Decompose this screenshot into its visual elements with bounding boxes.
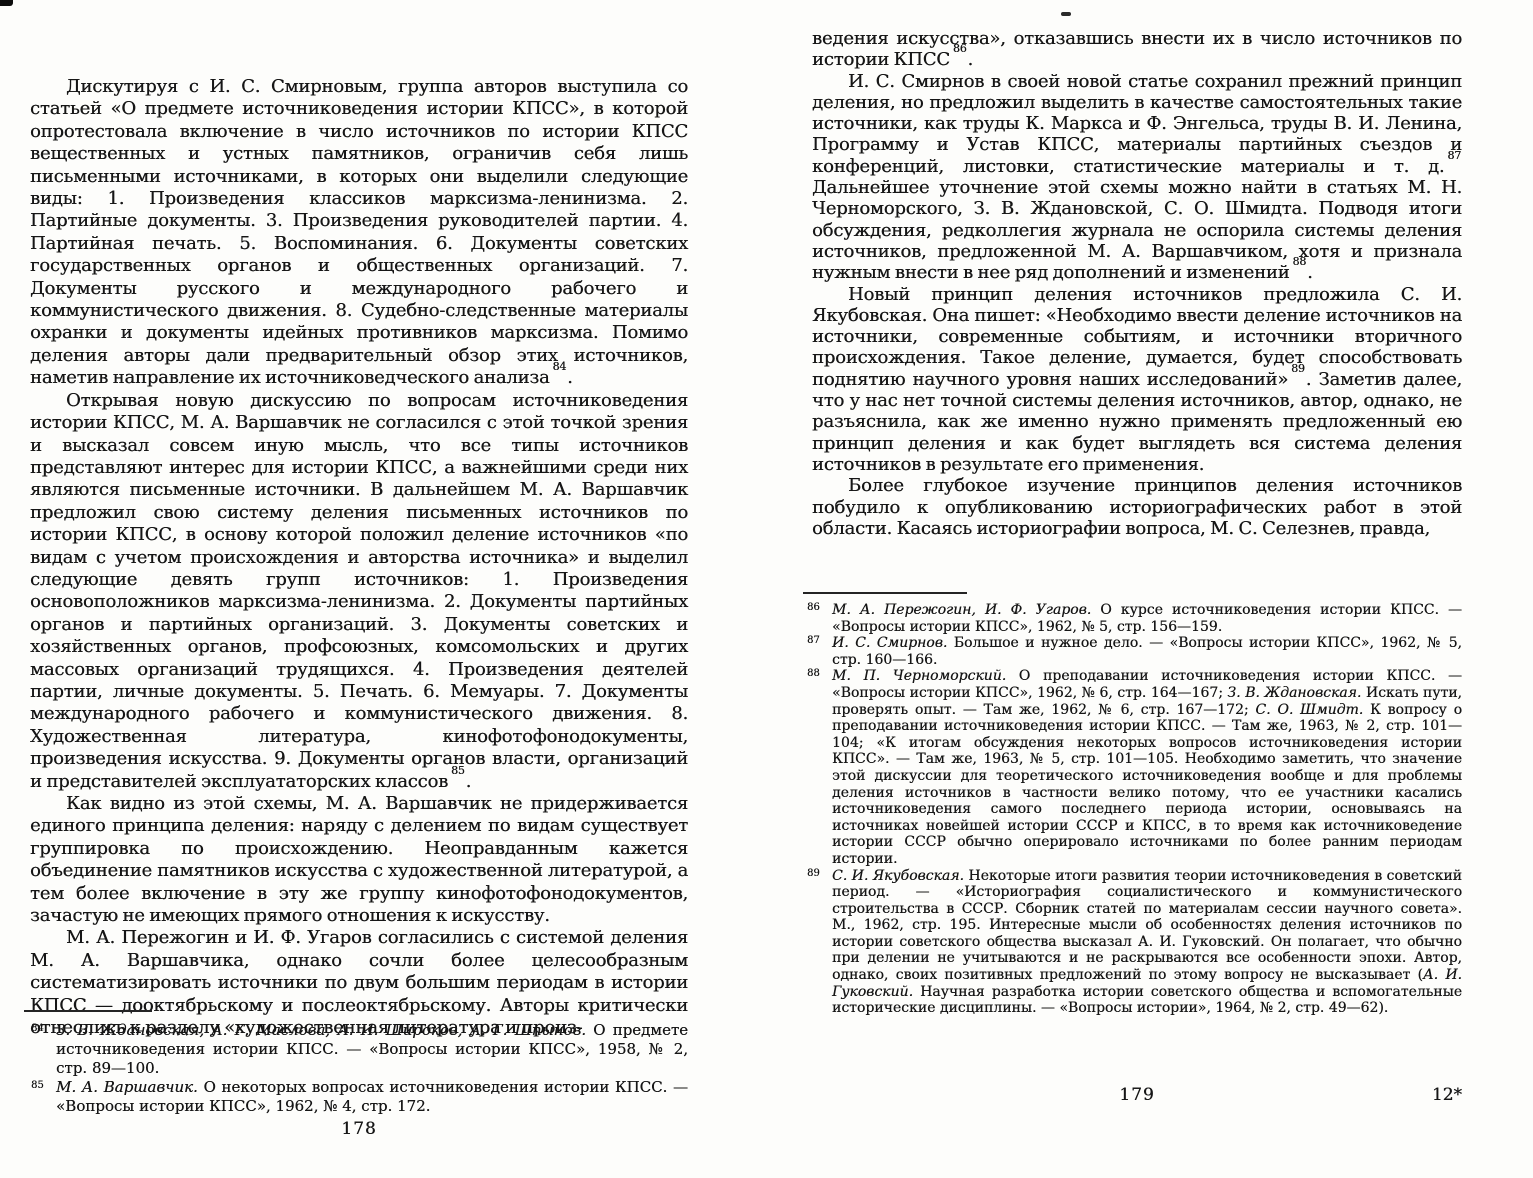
- paragraph-right-1: ведения искусства», отказавшись внести и…: [812, 28, 1462, 71]
- footnote-ref-84: 84: [553, 360, 567, 373]
- footnote-authors: З. В. Ждановская.: [1227, 685, 1361, 701]
- page-left-body-text: Дискутируя с И. С. Смирновым, группа авт…: [30, 76, 688, 1039]
- footnote-marker: 88: [807, 666, 820, 683]
- footnote-87: 87И. С. Смирнов. Большое и нужное дело. …: [806, 635, 1462, 668]
- book-scan-spread: Дискутируя с И. С. Смирновым, группа авт…: [0, 0, 1533, 1178]
- printers-signature-mark: 12*: [1380, 1085, 1462, 1105]
- page-right-body-text: ведения искусства», отказавшись внести и…: [812, 28, 1462, 539]
- page-number-left: 178: [30, 1119, 688, 1139]
- footnote-86: 86М. А. Пережогин, И. Ф. Угаров. О курсе…: [806, 602, 1462, 635]
- footnote-authors: С. И. Якубовская.: [832, 868, 964, 884]
- footnote-authors: С. О. Шмидт.: [1255, 702, 1363, 718]
- footnote-84: 84З. В. Ждановская, А. Г. Маслова, А. И.…: [30, 1021, 688, 1078]
- paragraph-right-4: Более глубокое изучение принципов делени…: [812, 475, 1462, 539]
- footnote-marker: 89: [807, 866, 820, 883]
- footnote-ref-86: 86: [953, 42, 967, 55]
- footnote-ref-87: 87: [1447, 149, 1461, 162]
- footnotes-right: 86М. А. Пережогин, И. Ф. Угаров. О курсе…: [806, 602, 1462, 1017]
- footnote-ref-85: 85: [451, 764, 465, 777]
- footnote-authors: И. С. Смирнов.: [832, 635, 947, 651]
- footnote-88: 88М. П. Черноморский. О преподавании ист…: [806, 668, 1462, 867]
- footnote-separator-right: [803, 592, 967, 594]
- scan-artifact-corner-mark: [0, 0, 13, 6]
- footnote-authors: М. П. Черноморский.: [832, 668, 1006, 684]
- footnote-text: К вопросу о преподавании источниковедени…: [832, 702, 1462, 867]
- paragraph-text: И. С. Смирнов в своей новой статье сохра…: [812, 71, 1462, 177]
- paragraph-text: Открывая новую дискуссию по вопросам ист…: [30, 390, 688, 792]
- paragraph-left-1: Дискутируя с И. С. Смирновым, группа авт…: [30, 76, 688, 390]
- paragraph-text: Дискутируя с И. С. Смирновым, группа авт…: [30, 76, 688, 388]
- footnote-text: Некоторые итоги развития теории источник…: [832, 868, 1462, 984]
- paragraph-left-2: Открывая новую дискуссию по вопросам ист…: [30, 390, 688, 793]
- paragraph-text: Дальнейшее уточнение этой схемы можно на…: [812, 177, 1462, 283]
- footnote-authors: М. А. Пережогин, И. Ф. Угаров.: [832, 602, 1091, 618]
- paragraph-right-2: И. С. Смирнов в своей новой статье сохра…: [812, 71, 1462, 284]
- paragraph-text: .: [1307, 262, 1313, 283]
- paragraph-text: Более глубокое изучение принципов делени…: [812, 475, 1462, 539]
- footnote-ref-89: 89: [1291, 362, 1305, 375]
- footnote-ref-88: 88: [1292, 255, 1306, 268]
- scan-artifact-dash: [1061, 12, 1071, 16]
- paragraph-left-3: Как видно из этой схемы, М. А. Варшавчик…: [30, 793, 688, 927]
- paragraph-text: .: [466, 771, 472, 792]
- paragraph-text: ведения искусства», отказавшись внести и…: [812, 28, 1462, 70]
- footnote-marker: 85: [31, 1076, 44, 1095]
- footnote-authors: З. В. Ждановская, А. Г. Маслова, А. И. Ш…: [56, 1021, 586, 1039]
- footnote-89: 89С. И. Якубовская. Некоторые итоги разв…: [806, 868, 1462, 1017]
- page-number-right: 179: [812, 1085, 1462, 1105]
- paragraph-right-3: Новый принцип деления источников предлож…: [812, 284, 1462, 476]
- footnote-marker: 87: [807, 633, 820, 650]
- footnote-marker: 84: [31, 1019, 44, 1038]
- footnote-separator-left: [24, 1010, 152, 1012]
- footnotes-left: 84З. В. Ждановская, А. Г. Маслова, А. И.…: [30, 1021, 688, 1116]
- footnote-authors: М. А. Варшавчик.: [56, 1078, 198, 1096]
- footnote-marker: 86: [807, 600, 820, 617]
- footnote-85: 85М. А. Варшавчик. О некоторых вопросах …: [30, 1078, 688, 1116]
- footnote-text: Научная разработка истории советского об…: [832, 984, 1462, 1017]
- paragraph-text: .: [567, 367, 573, 388]
- paragraph-text: Как видно из этой схемы, М. А. Варшавчик…: [30, 793, 688, 926]
- paragraph-text: .: [968, 49, 974, 70]
